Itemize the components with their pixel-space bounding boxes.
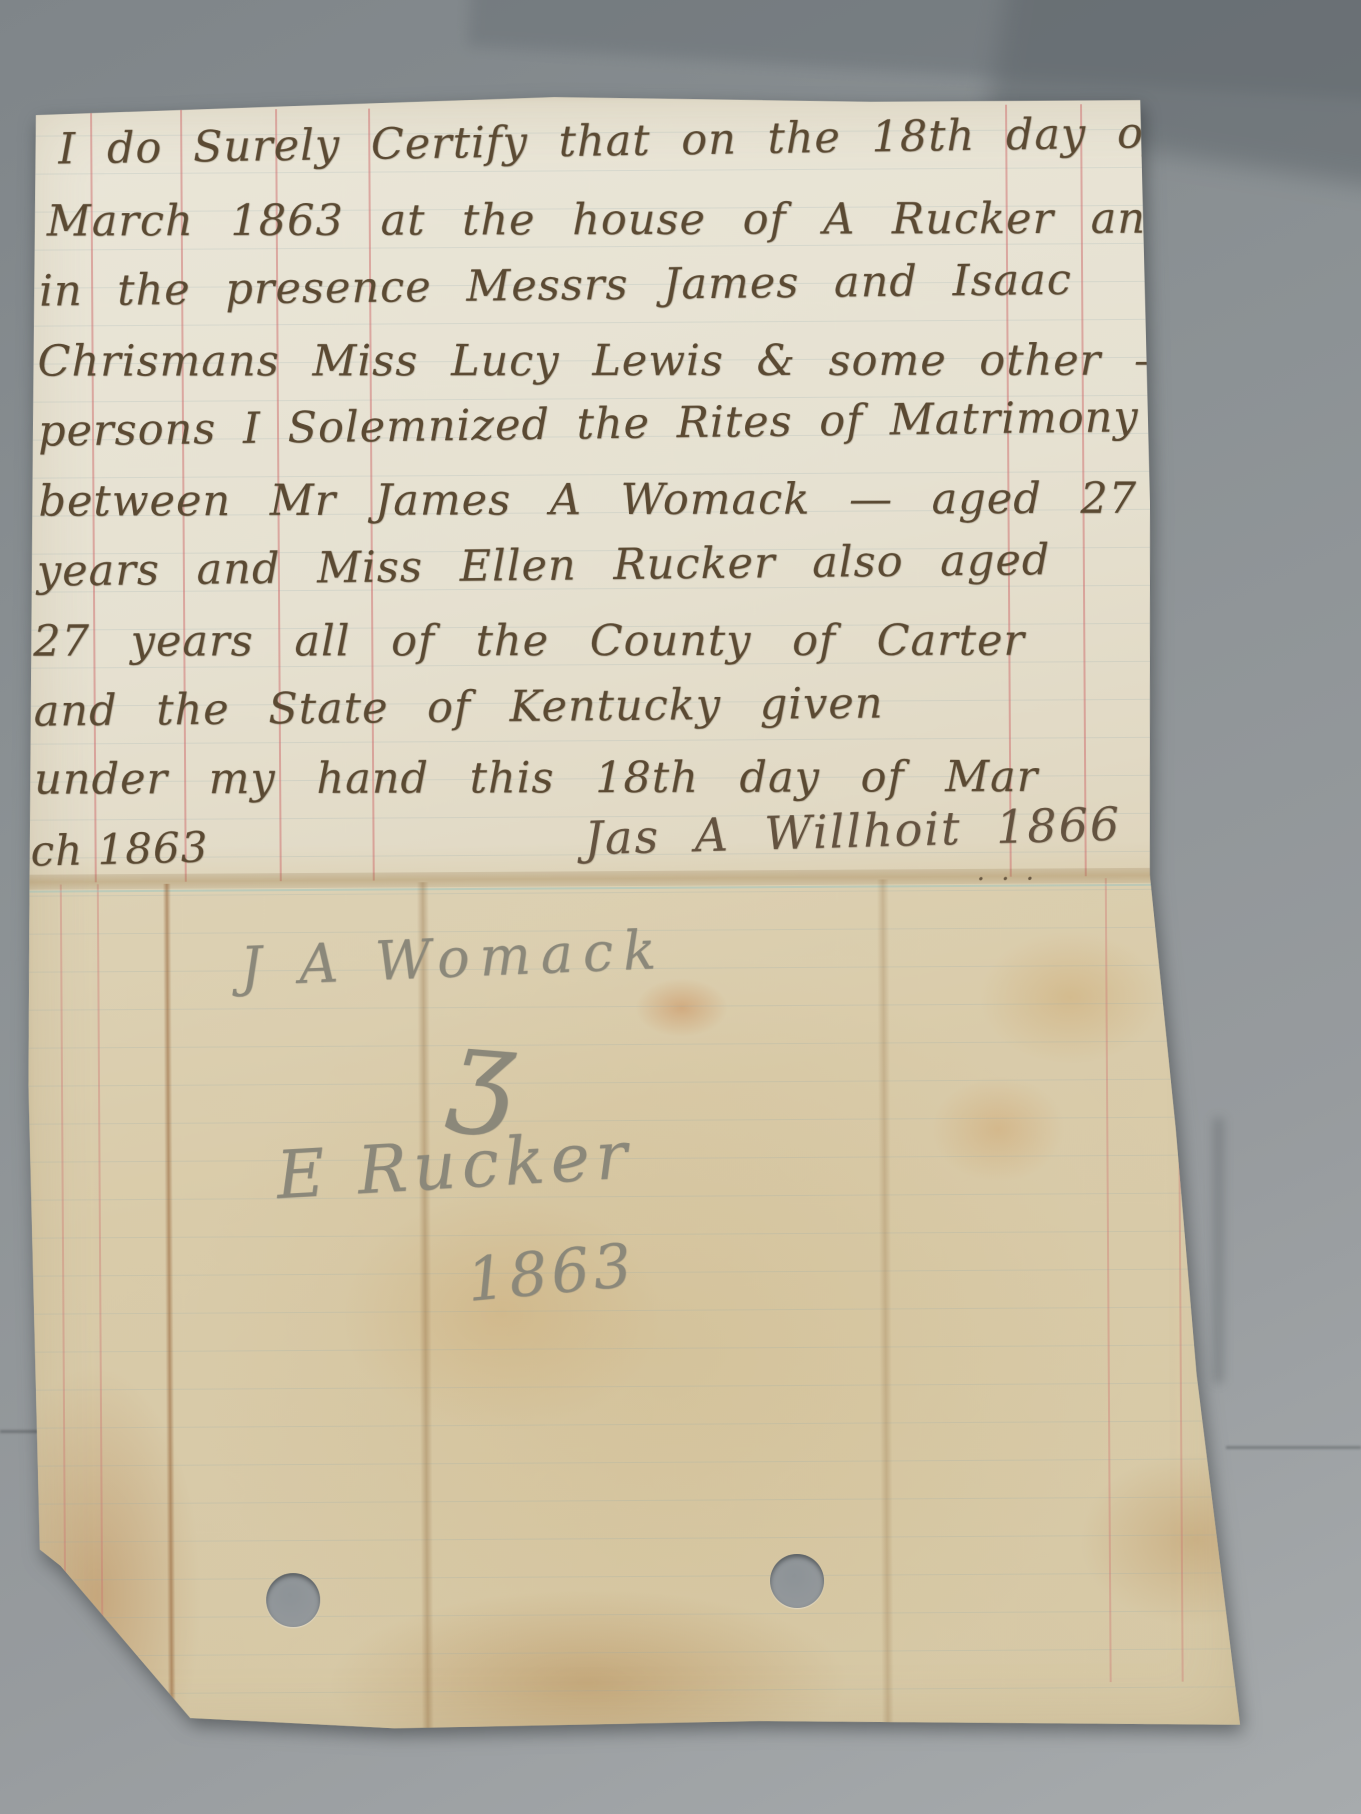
paper-document: I do Surely Certify that on the 18th day… xyxy=(20,91,1245,1743)
punch-hole-right xyxy=(770,1554,824,1608)
handwriting-line: under my hand this 18th day of Mar xyxy=(34,752,1038,805)
handwriting-line: March 1863 at the house of A Rucker and xyxy=(47,194,1175,247)
signature-flourish-dots: · · · xyxy=(977,865,1039,895)
paper-document-wrap: I do Surely Certify that on the 18th day… xyxy=(20,91,1245,1743)
handwriting-line: and the State of Kentucky given xyxy=(33,678,883,736)
handwriting-line: 27 years all of the County of Carter xyxy=(33,616,1025,667)
handwriting-line: ch 1863 xyxy=(30,822,209,875)
punch-hole-left xyxy=(266,1573,320,1627)
pencil-joining-mark: ʒ xyxy=(445,1001,521,1140)
background-seam-right xyxy=(1226,1446,1361,1449)
handwriting-line: Chrismans Miss Lucy Lewis & some other — xyxy=(38,336,1178,387)
handwriting-line: between Mr James A Womack — aged 27 xyxy=(38,474,1137,527)
